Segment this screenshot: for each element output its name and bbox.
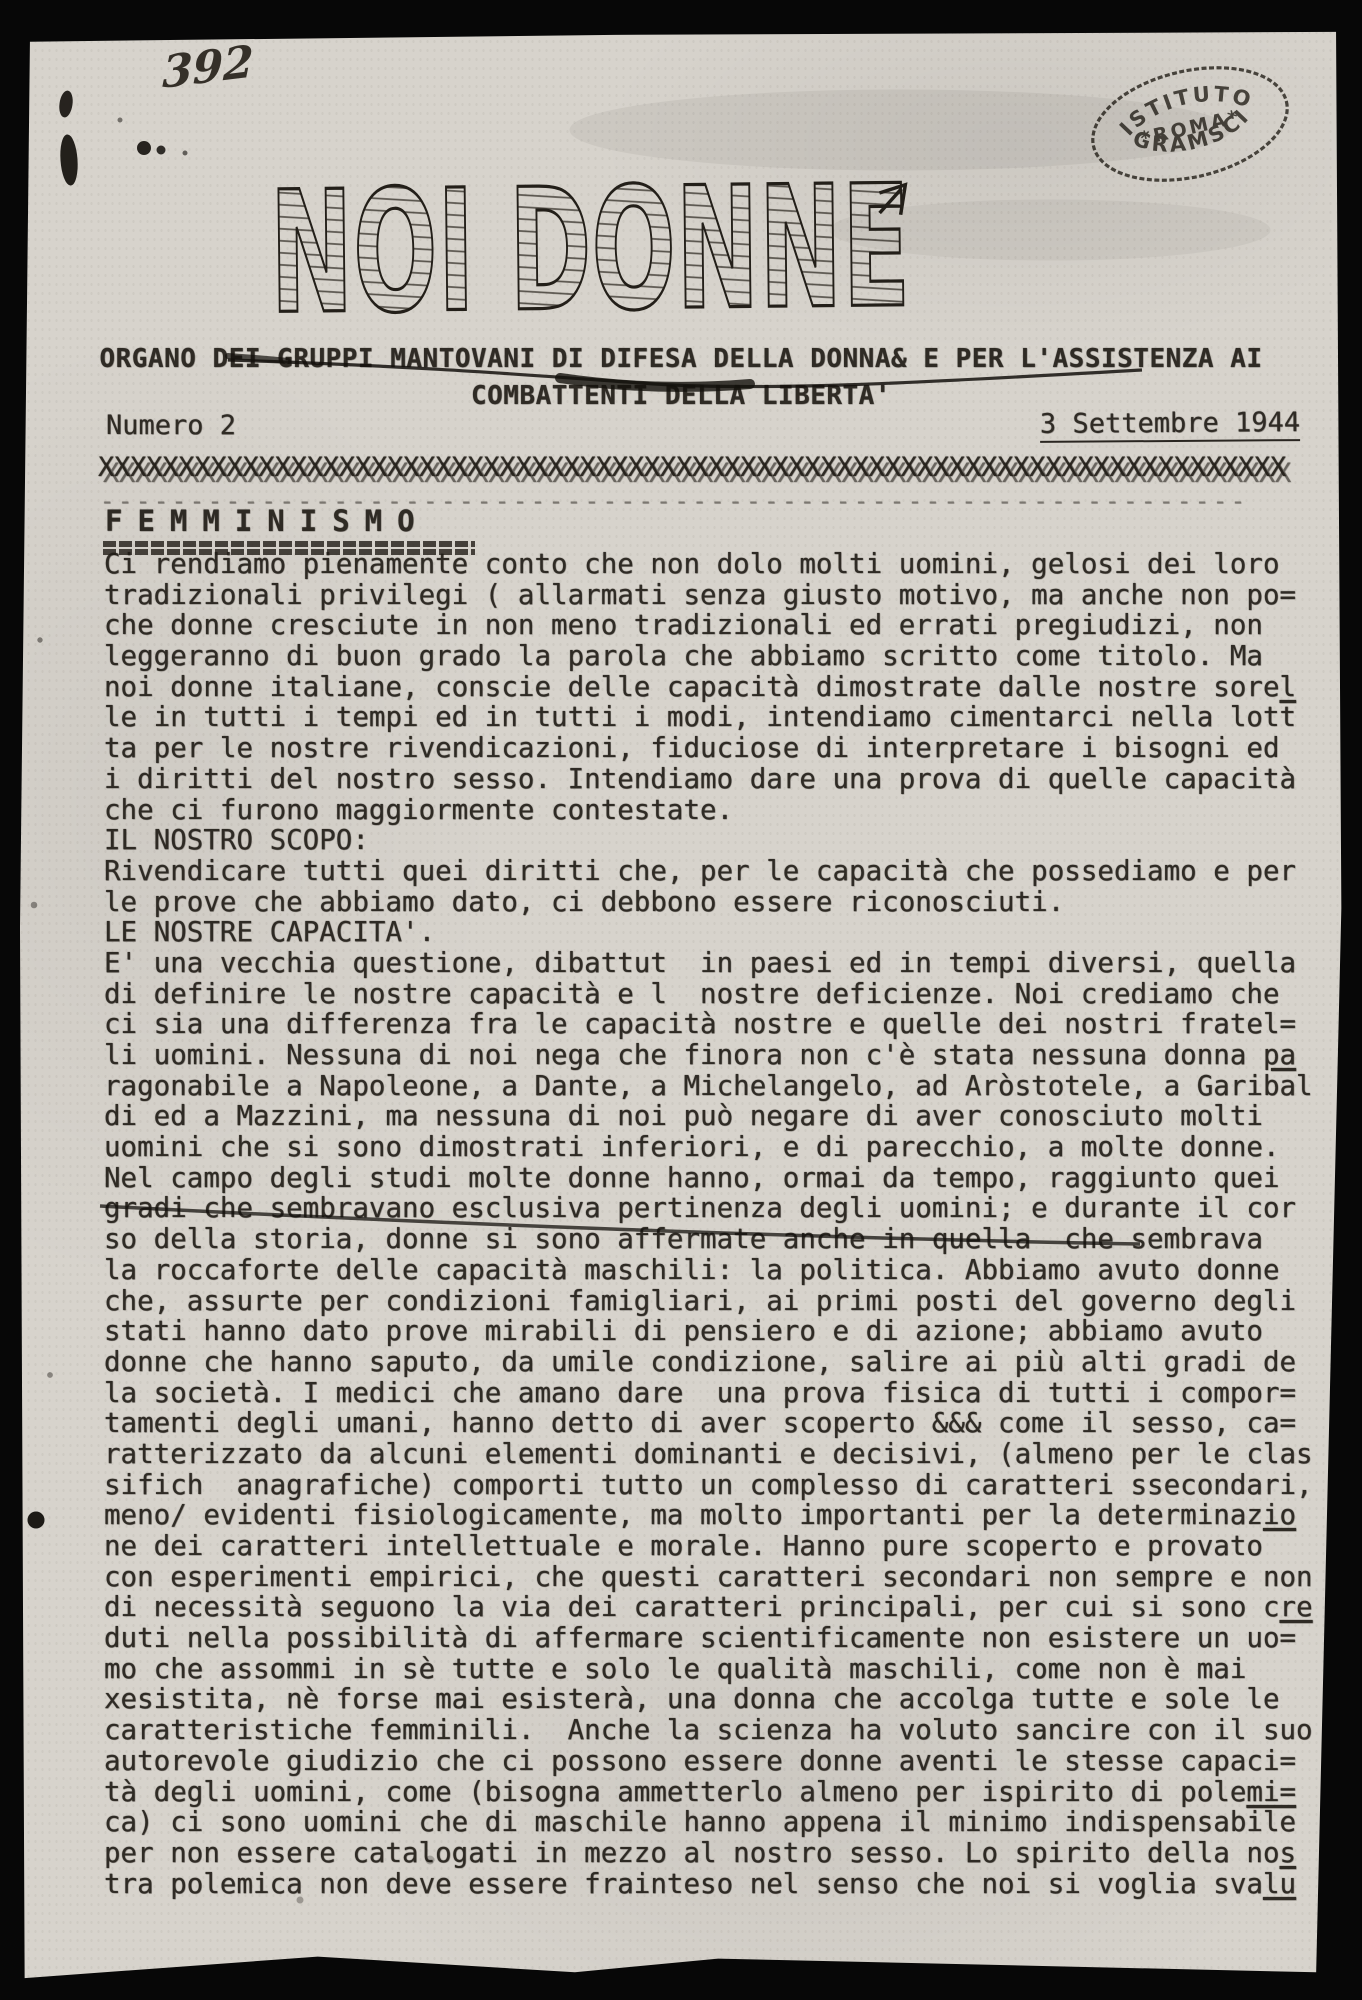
article-line: meno/ evidenti fisiologicamente, ma molt… [104,1500,1329,1531]
issue-number: Numero 2 [106,410,236,441]
article-line: ci sia una differenza fra le capacità no… [104,1009,1329,1040]
article-line: stati hanno dato prove mirabili di pensi… [104,1316,1329,1347]
article-line: che donne cresciute in non meno tradizio… [104,610,1329,641]
article-line: con esperimenti empirici, che questi car… [104,1562,1329,1593]
article-line: la roccaforte delle capacità maschili: l… [104,1255,1329,1286]
masthead-title-artwork: NOI DONNE [261,155,928,347]
article-line: Ci rendiamo pienamente conto che non dol… [104,549,1329,580]
article-line: tra polemica non deve essere frainteso n… [104,1869,1329,1900]
article-line: duti nella possibilità di affermare scie… [104,1623,1329,1654]
article-line: i diritti del nostro sesso. Intendiamo d… [104,764,1329,795]
article-line: ca) ci sono uomini che di maschile hanno… [104,1807,1329,1838]
article-line: uomini che si sono dimostrati inferiori,… [104,1132,1329,1163]
article-line: che ci furono maggiormente contestate. [104,795,1329,826]
x-divider-row-ghost: XXXXXXXXXXXXXXXXXXXXXXXXXXXXXXXXXXXXXXXX… [103,458,1291,489]
article-line: di definire le nostre capacità e l nostr… [104,979,1329,1010]
article-line: ratterizzato da alcuni elementi dominant… [104,1439,1329,1470]
stamp-text-gramsci: GRAMSCI [1125,100,1259,168]
article-line: xesistita, nè forse mai esisterà, una do… [104,1684,1329,1715]
svg-text:GRAMSCI: GRAMSCI [1125,100,1259,168]
article-line: ta per le nostre rivendicazioni, fiducio… [104,733,1329,764]
article-line: per non essere catalogati in mezzo al no… [104,1838,1329,1869]
article-line: caratteristiche femminili. Anche la scie… [104,1715,1329,1746]
scanned-newsletter-page: 392 NOI DONNE ISTITUTO *ROMA* GRAMSCI [0,0,1362,2000]
article-line: noi donne italiane, conscie delle capaci… [104,672,1329,703]
article-line: ragonabile a Napoleone, a Dante, a Miche… [104,1071,1329,1102]
article-line: gradi che sembravano esclusiva pertinenz… [104,1193,1329,1224]
article-line: tà degli uomini, come (bisogna ammetterl… [104,1777,1329,1808]
masthead-subtitle-line2: COMBATTENTI DELLA LIBERTA' [471,381,891,411]
issue-date: 3 Settembre 1944 [1040,407,1300,443]
article-line: che, assurte per condizioni famigliari, … [104,1286,1329,1317]
article-line: Nel campo degli studi molte donne hanno,… [104,1163,1329,1194]
article-heading: FEMMINISMO [105,504,430,538]
article-line: tamenti degli umani, hanno detto di aver… [104,1408,1329,1439]
article-line: so della storia, donne si sono affermate… [104,1224,1329,1255]
masthead-subtitle-line1: ORGANO DEI GRUPPI MANTOVANI DI DIFESA DE… [99,344,1262,374]
article-line: le prove che abbiamo dato, ci debbono es… [104,887,1329,918]
archive-stamp: ISTITUTO *ROMA* GRAMSCI [1056,44,1324,202]
article-line: autorevole giudizio che ci possono esser… [104,1746,1329,1777]
article-line: la società. I medici che amano dare una … [104,1378,1329,1409]
article-line: li uomini. Nessuna di noi nega che finor… [104,1040,1329,1071]
article-line: di ed a Mazzini, ma nessuna di noi può n… [104,1101,1329,1132]
article-line: LE NOSTRE CAPACITA'. [104,917,1329,948]
article-line: E' una vecchia questione, dibattut in pa… [104,948,1329,979]
masthead-title: NOI DONNE [269,155,911,347]
article-line: le in tutti i tempi ed in tutti i modi, … [104,702,1329,733]
article-line: di necessità seguono la via dei caratter… [104,1592,1329,1623]
article-line: leggeranno di buon grado la parola che a… [104,641,1329,672]
article-line: sifich anagrafiche) comporti tutto un co… [104,1470,1329,1501]
article-line: tradizionali privilegi ( allarmati senza… [104,580,1329,611]
article-line: IL NOSTRO SCOPO: [104,825,1329,856]
article-line: ne dei caratteri intellettuale e morale.… [104,1531,1329,1562]
article-lines: Ci rendiamo pienamente conto che non dol… [104,549,1329,1899]
heading-underline [103,541,475,547]
article-line: Rivendicare tutti quei diritti che, per … [104,856,1329,887]
article-line: mo che assommi in sè tutte e solo le qua… [104,1654,1329,1685]
article-line: donne che hanno saputo, da umile condizi… [104,1347,1329,1378]
